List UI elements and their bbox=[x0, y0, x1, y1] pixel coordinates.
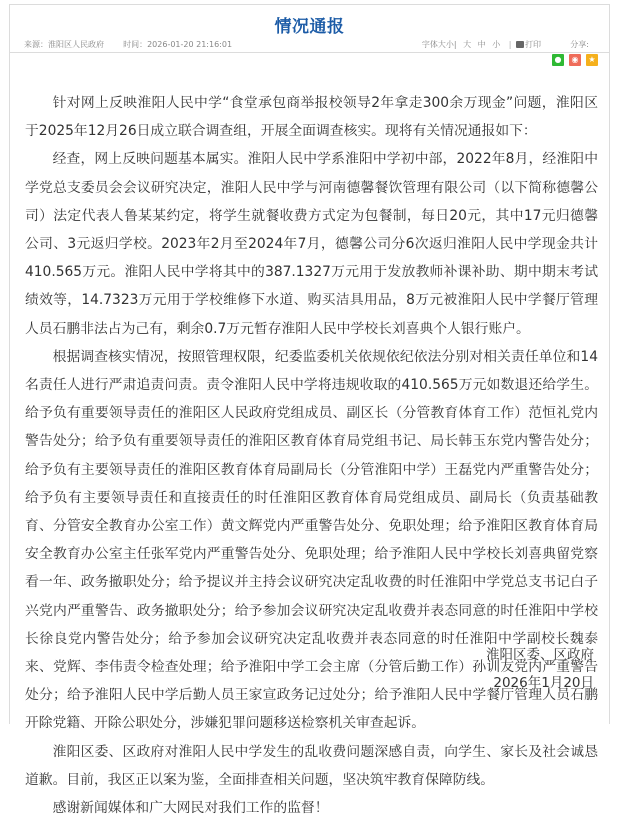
paragraph-intro: 针对网上反映淮阳人民中学“食堂承包商举报校领导2年拿走300余万现金”问题，淮阳… bbox=[25, 89, 598, 145]
page-title: 情况通报 bbox=[10, 12, 609, 37]
time-value: 2026-01-20 21:16:01 bbox=[147, 40, 232, 49]
font-size-small-button[interactable]: 小 bbox=[492, 40, 500, 49]
signature-issuer: 淮阳区委、区政府 bbox=[486, 641, 594, 669]
font-size-medium-button[interactable]: 中 bbox=[478, 40, 486, 49]
favorite-star-icon[interactable]: ★ bbox=[586, 54, 598, 66]
print-button[interactable]: 打印 bbox=[516, 40, 545, 49]
print-label: 打印 bbox=[525, 40, 541, 49]
paragraph-findings: 经查，网上反映问题基本属实。淮阳人民中学系淮阳中学初中部，2022年8月，经淮阳… bbox=[25, 145, 598, 342]
article-body: 针对网上反映淮阳人民中学“食堂承包商举报校领导2年拿走300余万现金”问题，淮阳… bbox=[25, 89, 598, 707]
share-buttons: ● ◉ ★ bbox=[552, 54, 598, 66]
weibo-share-icon[interactable]: ◉ bbox=[569, 54, 581, 66]
source-label: 来源： bbox=[24, 40, 48, 49]
signature-date: 2026年1月20日 bbox=[486, 669, 594, 697]
article-meta: 来源：淮阳区人民政府 时间：2026-01-20 21:16:01 bbox=[24, 39, 232, 50]
share-label: 分享: bbox=[570, 39, 589, 50]
printer-icon bbox=[516, 41, 524, 48]
header-divider bbox=[10, 52, 609, 53]
tools-separator: | bbox=[509, 40, 512, 49]
article-tools: 字体大小| 大 中 小 | 打印 bbox=[422, 39, 549, 50]
source-value: 淮阳区人民政府 bbox=[48, 40, 104, 49]
article-container: 情况通报 来源：淮阳区人民政府 时间：2026-01-20 21:16:01 字… bbox=[9, 4, 610, 707]
wechat-share-icon[interactable]: ● bbox=[552, 54, 564, 66]
signature-block: 淮阳区委、区政府 2026年1月20日 bbox=[486, 641, 594, 697]
font-size-large-button[interactable]: 大 bbox=[463, 40, 471, 49]
time-label: 时间： bbox=[123, 40, 147, 49]
font-size-label: 字体大小| bbox=[422, 40, 457, 49]
